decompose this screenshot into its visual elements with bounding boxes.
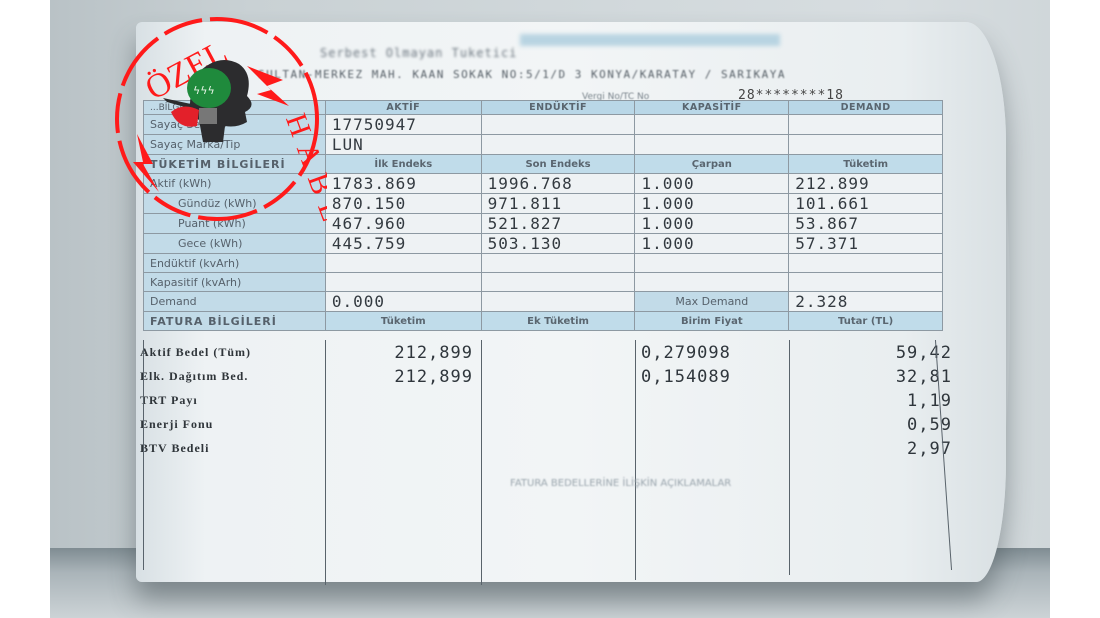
ilk-endeks-value xyxy=(325,273,481,292)
bulb-base xyxy=(199,108,217,124)
tuketim-value: 53.867 xyxy=(789,214,943,234)
column-divider xyxy=(143,340,144,570)
column-divider xyxy=(481,340,482,585)
billing-birim-fiyat: 0,279098 xyxy=(641,343,731,363)
address-line: SULTAN-MERKEZ MAH. KAAN SOKAK NO:5/1/D 3… xyxy=(258,68,786,81)
col-ilk-endeks: İlk Endeks xyxy=(325,155,481,174)
col-demand: DEMAND xyxy=(789,101,943,115)
col-bill-tuketim: Tüketim xyxy=(325,312,481,331)
col-kapasitif: KAPASİTİF xyxy=(635,101,789,115)
column-divider xyxy=(635,340,636,580)
son-endeks-value: 1996.768 xyxy=(481,174,635,194)
son-endeks-value: 503.130 xyxy=(481,234,635,254)
col-carpan: Çarpan xyxy=(635,155,789,174)
consumption-row: Kapasitif (kvArh) xyxy=(144,273,943,292)
max-demand-label: Max Demand xyxy=(635,292,789,312)
lightning-icon xyxy=(133,134,159,192)
son-endeks-value xyxy=(481,273,635,292)
header-line: Serbest Olmayan Tuketici xyxy=(320,46,517,60)
demand-label: Demand xyxy=(144,292,326,312)
header-highlight xyxy=(520,34,780,46)
son-endeks-value: 521.827 xyxy=(481,214,635,234)
billing-tutar: 1,19 xyxy=(800,391,952,411)
row-label: Gece (kWh) xyxy=(144,234,326,254)
ilk-endeks-value: 467.960 xyxy=(325,214,481,234)
son-endeks-value xyxy=(481,254,635,273)
consumption-row: Endüktif (kvArh) xyxy=(144,254,943,273)
row-label: Kapasitif (kvArh) xyxy=(144,273,326,292)
carpan-value xyxy=(635,254,789,273)
billing-tutar: 2,97 xyxy=(800,439,952,459)
consumption-row: Gece (kWh)445.759503.1301.00057.371 xyxy=(144,234,943,254)
faded-section-title: FATURA BEDELLERİNE İLİŞKİN AÇIKLAMALAR xyxy=(510,478,731,489)
billing-label: Enerji Fonu xyxy=(140,417,213,432)
demand-value: 0.000 xyxy=(325,292,481,312)
billing-label: Aktif Bedel (Tüm) xyxy=(140,345,251,360)
col-tuketim: Tüketim xyxy=(789,155,943,174)
billing-section-title: FATURA BİLGİLERİ xyxy=(144,312,326,331)
billing-label: TRT Payı xyxy=(140,393,198,408)
carpan-value: 1.000 xyxy=(635,214,789,234)
max-demand-value: 2.328 xyxy=(789,292,943,312)
brand-value: LUN xyxy=(325,135,481,155)
billing-tutar: 59,42 xyxy=(800,343,952,363)
billing-birim-fiyat: 0,154089 xyxy=(641,367,731,387)
lightning-icon xyxy=(247,66,289,106)
col-son-endeks: Son Endeks xyxy=(481,155,635,174)
tuketim-value: 101.661 xyxy=(789,194,943,214)
carpan-value: 1.000 xyxy=(635,234,789,254)
tuketim-value: 212.899 xyxy=(789,174,943,194)
svg-text:ϟϟϟ: ϟϟϟ xyxy=(193,84,215,97)
billing-tutar: 32,81 xyxy=(800,367,952,387)
col-aktif: AKTİF xyxy=(325,101,481,115)
carpan-value xyxy=(635,273,789,292)
row-label: Endüktif (kvArh) xyxy=(144,254,326,273)
tuketim-value xyxy=(789,273,943,292)
carpan-value: 1.000 xyxy=(635,194,789,214)
billing-label: Elk. Dağıtım Bed. xyxy=(140,369,248,384)
column-divider xyxy=(325,340,326,585)
tuketim-value: 57.371 xyxy=(789,234,943,254)
plug-icon xyxy=(171,106,199,126)
serial-no-value: 17750947 xyxy=(325,115,481,135)
col-birim-fiyat: Birim Fiyat xyxy=(635,312,789,331)
ilk-endeks-value: 1783.869 xyxy=(325,174,481,194)
column-divider xyxy=(789,340,790,575)
ilk-endeks-value: 870.150 xyxy=(325,194,481,214)
col-ek-tuketim: Ek Tüketim xyxy=(481,312,635,331)
son-endeks-value: 971.811 xyxy=(481,194,635,214)
ilk-endeks-value xyxy=(325,254,481,273)
stamp-text-haber: HABER xyxy=(279,109,327,234)
billing-tuketim: 212,899 xyxy=(353,343,473,363)
ilk-endeks-value: 445.759 xyxy=(325,234,481,254)
col-tutar: Tutar (TL) xyxy=(789,312,943,331)
ozel-haber-stamp: ÖZEL HABER ϟϟϟ xyxy=(107,14,327,234)
col-enduktif: ENDÜKTİF xyxy=(481,101,635,115)
billing-label: BTV Bedeli xyxy=(140,441,209,456)
billing-tutar: 0,59 xyxy=(800,415,952,435)
tuketim-value xyxy=(789,254,943,273)
carpan-value: 1.000 xyxy=(635,174,789,194)
billing-tuketim: 212,899 xyxy=(353,367,473,387)
